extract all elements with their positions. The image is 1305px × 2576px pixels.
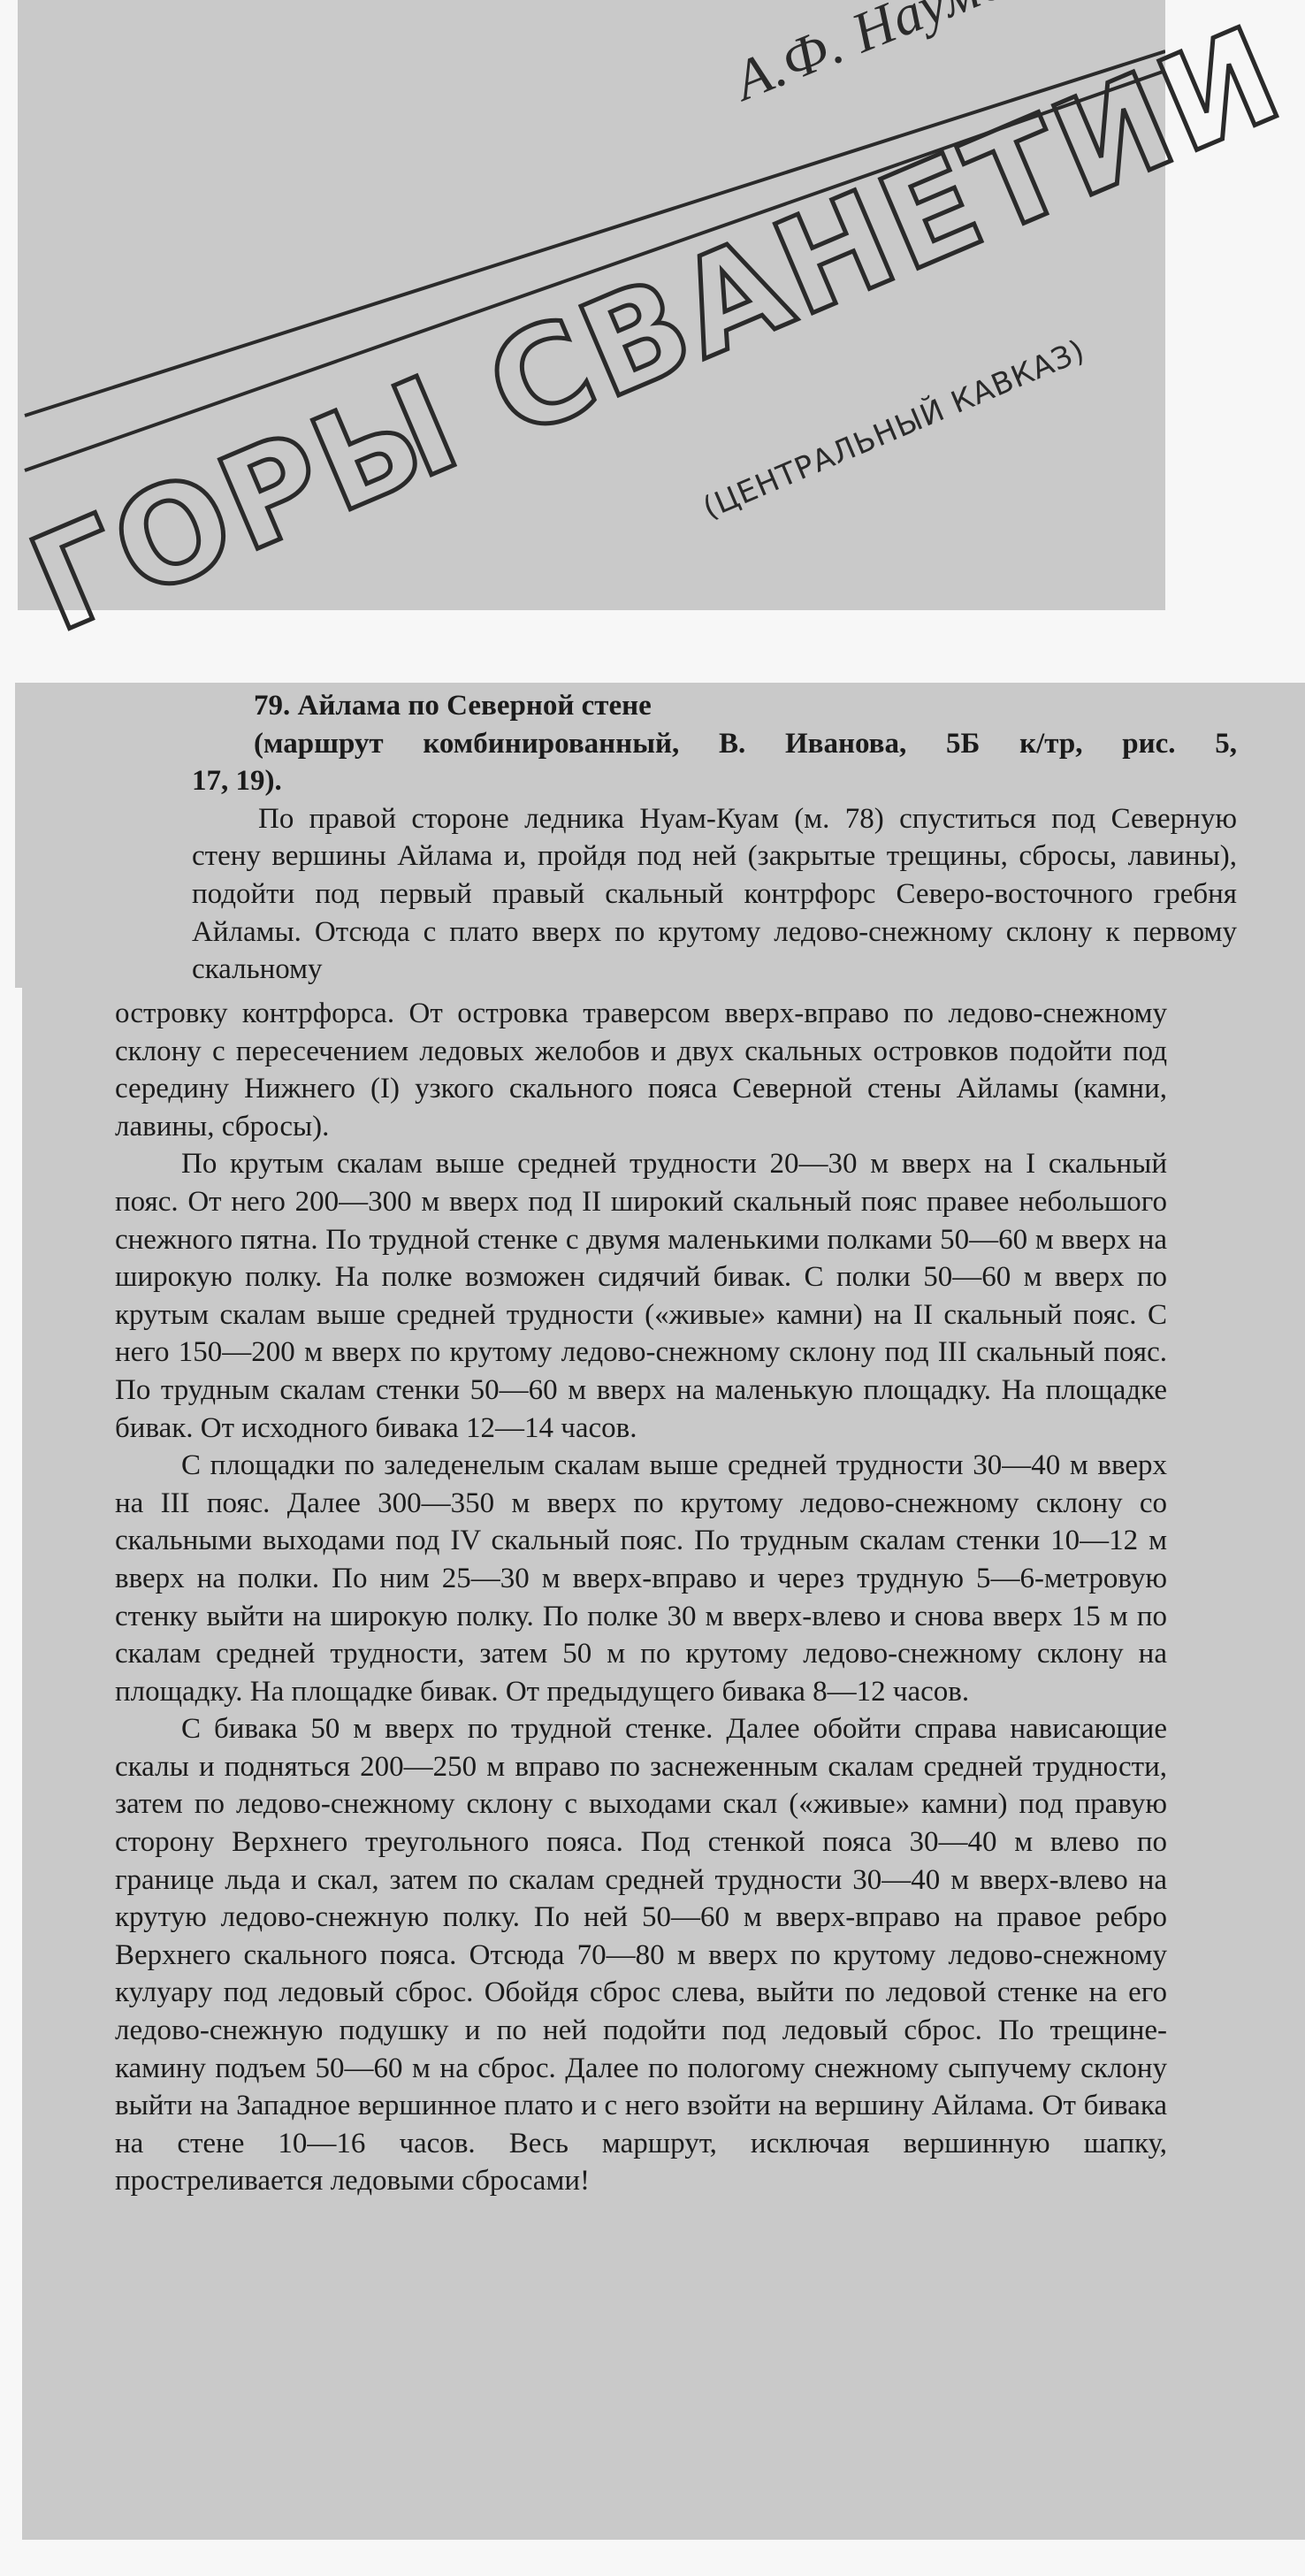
- route-paragraph: По крутым скалам выше средней трудности …: [115, 1145, 1167, 1447]
- route-heading: 79. Айлама по Северной стене (маршрут ко…: [192, 687, 1237, 800]
- route-title: 79. Айлама по Северной стене: [192, 687, 1237, 725]
- route-meta: (маршрут комбинированный, В. Иванова, 5Б…: [192, 725, 1237, 763]
- book-cover-clipping: А.Ф. Наумов ГОРЫ СВАНЕТИИ (ЦЕНТРАЛЬНЫЙ К…: [18, 0, 1165, 610]
- route-paragraph: С бивака 50 м вверх по трудной стенке. Д…: [115, 1710, 1167, 2200]
- route-body-clipping: островку контрфорса. От островка траверс…: [22, 988, 1305, 2540]
- route-paragraph: С площадки по заледенелым скалам выше ср…: [115, 1447, 1167, 1710]
- route-heading-clipping: 79. Айлама по Северной стене (маршрут ко…: [15, 683, 1305, 988]
- route-body-column: островку контрфорса. От островка траверс…: [115, 995, 1167, 2200]
- route-paragraph: островку контрфорса. От островка траверс…: [115, 995, 1167, 1145]
- route-meta-figures: 17, 19).: [192, 765, 282, 797]
- route-paragraph: По правой стороне ледника Нуам-Куам (м. …: [192, 800, 1237, 989]
- route-text-column: 79. Айлама по Северной стене (маршрут ко…: [192, 687, 1237, 989]
